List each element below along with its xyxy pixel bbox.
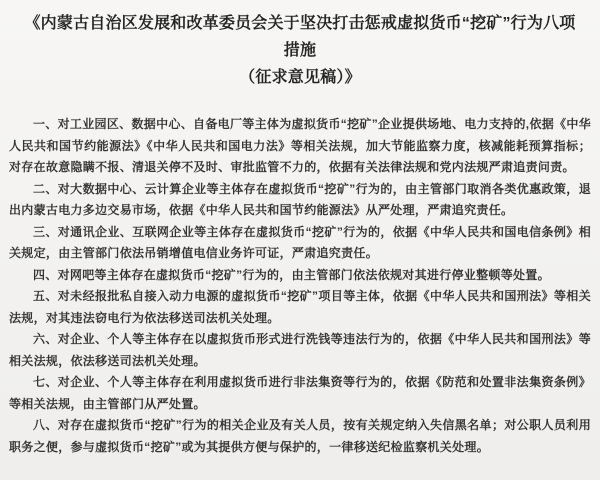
title-line-2: 措施 xyxy=(9,37,591,64)
paragraph-3: 三、对通讯企业、互联网企业等主体存在虚拟货币“挖矿”行为的，依据《中华人民共和国… xyxy=(9,222,591,265)
paragraph-4: 四、对网吧等主体存在虚拟货币“挖矿”行为的，由主管部门依法依规对其进行停业整顿等… xyxy=(9,265,591,287)
paragraph-7: 七、对企业、个人等主体存在利用虚拟货币进行非法集资等行为的，依据《防范和处置非法… xyxy=(9,372,591,415)
paragraph-6: 六、对企业、个人等主体存在以虚拟货币形式进行洗钱等违法行为的，依据《中华人民共和… xyxy=(9,329,591,372)
title-line-3: （征求意见稿）》 xyxy=(9,64,591,91)
paragraph-1: 一、对工业园区、数据中心、自备电厂等主体为虚拟货币“挖矿”企业提供场地、电力支持… xyxy=(9,114,591,179)
paragraph-2: 二、对大数据中心、云计算企业等主体存在虚拟货币“挖矿”行为的，由主管部门取消各类… xyxy=(9,179,591,222)
title-line-1: 《内蒙古自治区发展和改革委员会关于坚决打击惩戒虚拟货币“挖矿”行为八项 xyxy=(9,10,591,37)
document-body: 一、对工业园区、数据中心、自备电厂等主体为虚拟货币“挖矿”企业提供场地、电力支持… xyxy=(9,114,591,458)
document-title: 《内蒙古自治区发展和改革委员会关于坚决打击惩戒虚拟货币“挖矿”行为八项 措施 （… xyxy=(9,10,591,91)
paragraph-5: 五、对未经报批私自接入动力电源的虚拟货币“挖矿”项目等主体，依据《中华人民共和国… xyxy=(9,286,591,329)
paragraph-8: 八、对存在虚拟货币“挖矿”行为的相关企业及有关人员，按有关规定纳入失信黑名单；对… xyxy=(9,415,591,458)
document-page: 《内蒙古自治区发展和改革委员会关于坚决打击惩戒虚拟货币“挖矿”行为八项 措施 （… xyxy=(0,0,600,480)
